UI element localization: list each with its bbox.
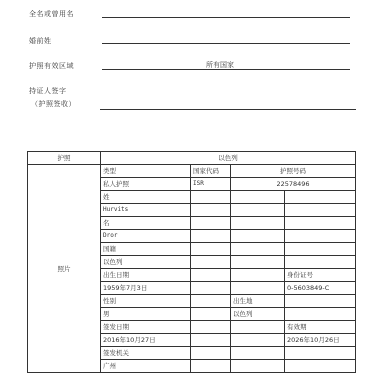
- cell: [285, 347, 356, 360]
- cell-sex-value: 男: [101, 308, 191, 321]
- cell: [285, 191, 356, 204]
- field-label-maiden-name: 婚前姓: [29, 36, 52, 46]
- cell-expiry-date-value: 2026年10月26日: [285, 334, 356, 347]
- holder-signature-line[interactable]: [100, 109, 356, 110]
- cell-birthplace-value: 以色列: [231, 308, 285, 321]
- cell: [191, 256, 231, 269]
- cell-passport-no-label: 护照号码: [231, 165, 356, 178]
- cell: [191, 217, 231, 230]
- cell: 签发机关: [101, 347, 191, 360]
- cell: [231, 321, 285, 334]
- cell: 签发日期: [101, 321, 191, 334]
- cell: 名: [101, 217, 191, 230]
- field-label-full-name: 全名或曾用名: [29, 9, 74, 19]
- cell: [231, 347, 285, 360]
- cell: [191, 334, 231, 347]
- cell: [231, 269, 285, 282]
- cell: [231, 243, 285, 256]
- cell: [191, 347, 231, 360]
- cell: [191, 230, 231, 243]
- cell: [191, 191, 231, 204]
- cell-given-name-value: Dror: [101, 230, 191, 243]
- cell: 国籍: [101, 243, 191, 256]
- cell: [231, 360, 285, 373]
- cell: [191, 243, 231, 256]
- cell: 出生日期: [101, 269, 191, 282]
- cell-country-code-value: ISR: [191, 178, 231, 191]
- cell: [231, 230, 285, 243]
- cell: [285, 204, 356, 217]
- full-name-line[interactable]: [102, 17, 350, 18]
- cell: [231, 191, 285, 204]
- cell: [191, 269, 231, 282]
- field-label-holder-signature-sub: （护照签收）: [31, 99, 76, 109]
- cell-birth-date-value: 1959年7月3日: [101, 282, 191, 295]
- cell: [285, 230, 356, 243]
- cell-issuing-authority-value: 广州: [101, 360, 191, 373]
- valid-region-line[interactable]: [102, 69, 350, 70]
- cell: [285, 308, 356, 321]
- cell: [191, 204, 231, 217]
- cell: [231, 256, 285, 269]
- cell-country-code-label: 国家代码: [191, 165, 231, 178]
- cell: [191, 308, 231, 321]
- cell-issue-date-value: 2016年10月27日: [101, 334, 191, 347]
- cell: [231, 282, 285, 295]
- cell: 性别: [101, 295, 191, 308]
- cell-type-value: 私人护照: [101, 178, 191, 191]
- cell: [191, 295, 231, 308]
- cell-surname-value: Hurvits: [101, 204, 191, 217]
- maiden-name-line[interactable]: [102, 43, 350, 44]
- cell: [285, 295, 356, 308]
- header-passport: 护照: [28, 152, 101, 165]
- cell-nationality-value: 以色列: [101, 256, 191, 269]
- cell: [231, 217, 285, 230]
- cell: [191, 360, 231, 373]
- cell-id-number-value: 0-5603849-C: [285, 282, 356, 295]
- cell: [285, 256, 356, 269]
- cell: [231, 334, 285, 347]
- cell: [285, 217, 356, 230]
- cell: [191, 321, 231, 334]
- header-country: 以色列: [101, 152, 356, 165]
- field-label-holder-signature: 持证人签字: [29, 86, 67, 96]
- cell: 身份证号: [285, 269, 356, 282]
- cell: 出生地: [231, 295, 285, 308]
- photo-cell: 照片: [28, 165, 101, 373]
- cell: 有效期: [285, 321, 356, 334]
- table-header-row: 护照 以色列: [28, 152, 356, 165]
- passport-table: 护照 以色列 照片 类型 国家代码 护照号码 私人护照 ISR 22578496…: [27, 151, 356, 373]
- cell: [285, 360, 356, 373]
- field-label-valid-region: 护照有效区域: [29, 61, 74, 71]
- cell: [231, 204, 285, 217]
- cell: [285, 243, 356, 256]
- cell-type-label: 类型: [101, 165, 191, 178]
- cell: [191, 282, 231, 295]
- cell: 姓: [101, 191, 191, 204]
- cell-passport-no-value: 22578496: [231, 178, 356, 191]
- table-row: 照片 类型 国家代码 护照号码: [28, 165, 356, 178]
